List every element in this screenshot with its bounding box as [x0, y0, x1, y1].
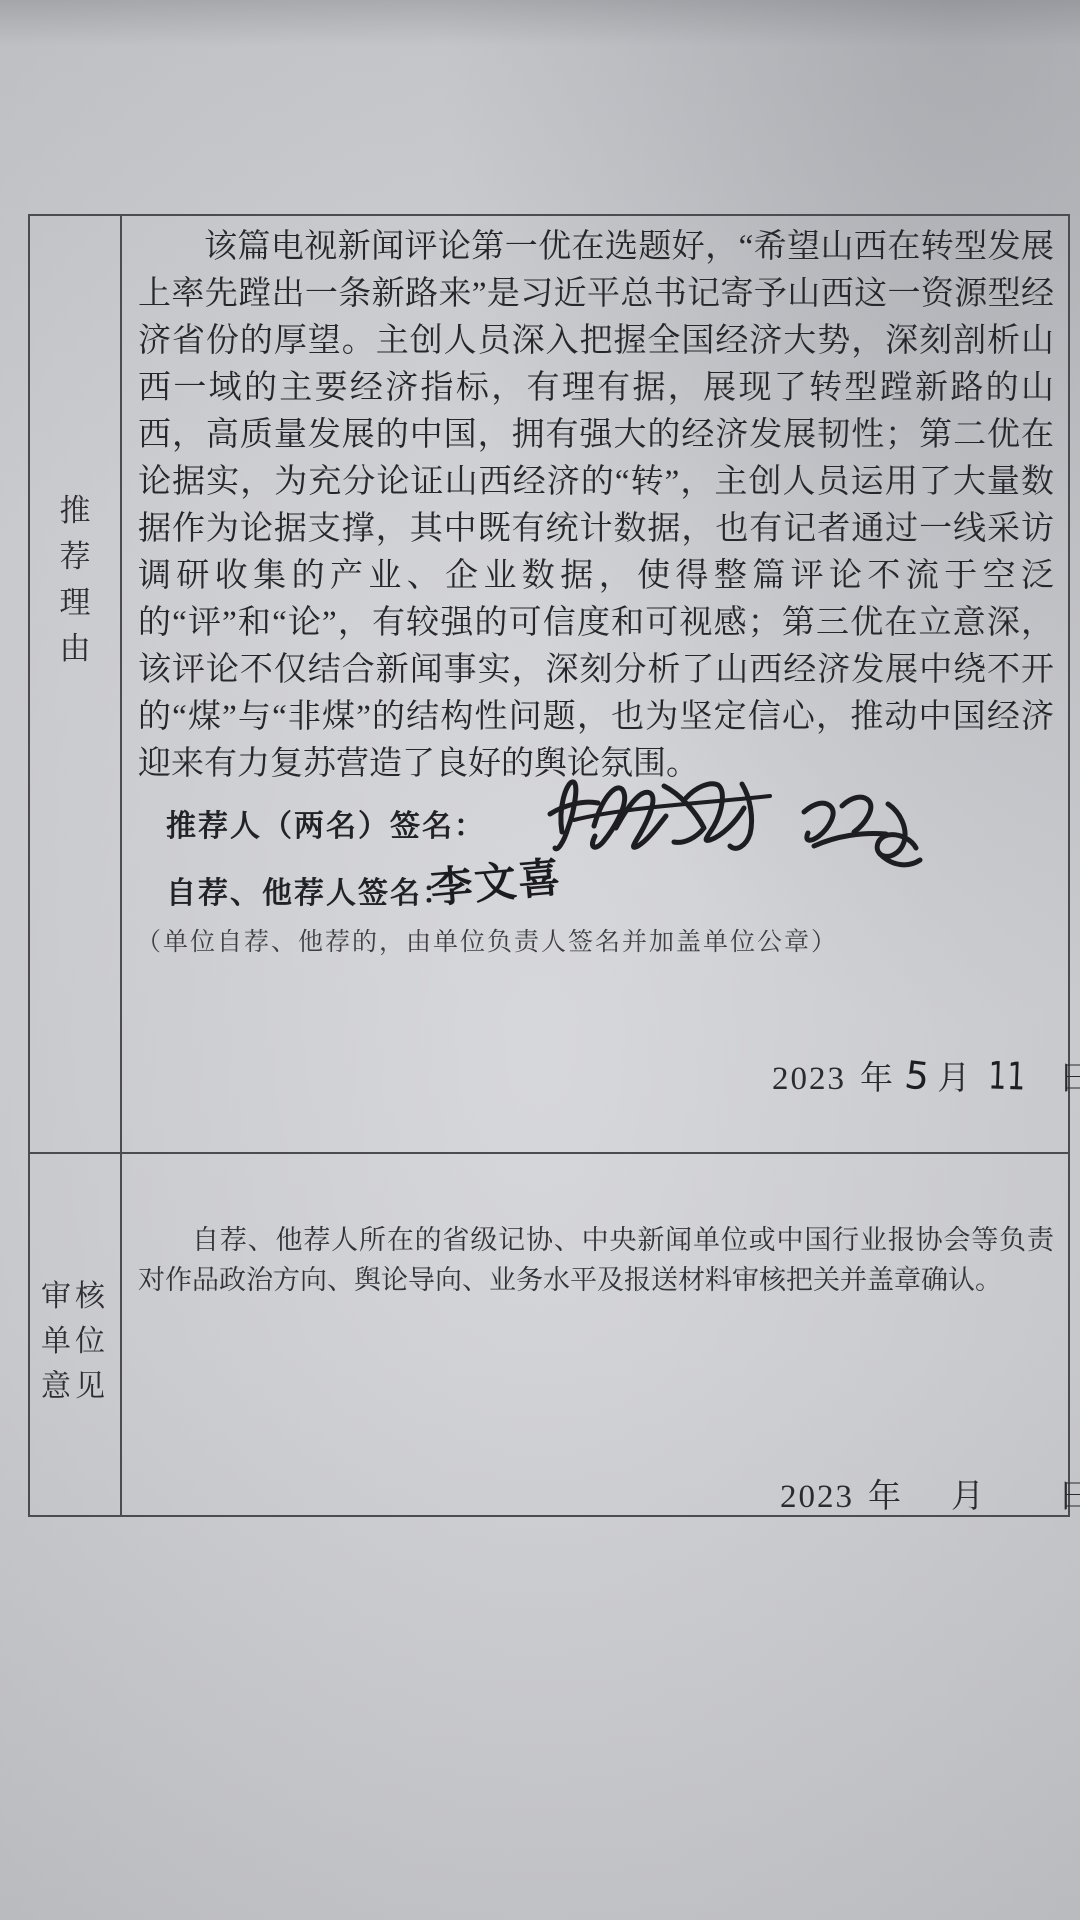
label-char: 荐	[30, 534, 120, 580]
seal-instruction-note: （单位自荐、他荐的，由单位负责人签名并加盖单位公章）	[136, 922, 838, 958]
date-day-unit: 日	[1058, 1479, 1080, 1515]
label-line: 审核	[30, 1274, 120, 1319]
handwritten-signature-1	[542, 766, 780, 874]
handwritten-day-value: 11	[988, 1053, 1027, 1098]
form-table: 推 荐 理 由 该篇电视新闻评论第一优在选题好，“希望山西在转型发展上率先蹚出一…	[28, 214, 1070, 1517]
review-instruction-text: 自荐、他荐人所在的省级记协、中央新闻单位或中国行业报协会等负责对作品政治方向、舆…	[122, 1154, 1068, 1300]
handwritten-signature-self: 李文喜	[428, 844, 565, 915]
label-char: 推	[30, 488, 120, 534]
label-line: 单位	[30, 1319, 120, 1364]
label-char: 由	[30, 626, 120, 672]
date-year-unit: 年	[860, 1061, 895, 1097]
recommendation-body-text: 该篇电视新闻评论第一优在选题好，“希望山西在转型发展上率先蹚出一条新路来”是习近…	[122, 216, 1068, 788]
handwritten-month-value: 5	[902, 1053, 933, 1100]
recommendation-date: 2023年5月11日	[772, 1052, 1080, 1099]
handwritten-signature-2	[790, 782, 928, 876]
date-year: 2023	[780, 1479, 854, 1515]
date-year: 2023	[772, 1061, 846, 1097]
recommendation-reason-cell: 该篇电视新闻评论第一优在选题好，“希望山西在转型发展上率先蹚出一条新路来”是习近…	[122, 216, 1068, 1152]
date-year-unit: 年	[868, 1479, 903, 1515]
review-unit-opinion-cell: 自荐、他荐人所在的省级记协、中央新闻单位或中国行业报协会等负责对作品政治方向、舆…	[122, 1154, 1068, 1513]
recommenders-signature-label: 推荐人（两名）签名：	[166, 801, 486, 845]
label-char: 理	[30, 580, 120, 626]
review-date: 2023年月日	[780, 1470, 1080, 1517]
date-month-unit: 月	[951, 1479, 986, 1515]
row-label-recommendation-reason: 推 荐 理 由	[30, 488, 120, 672]
row-label-review-unit-opinion: 审核 单位 意见	[30, 1274, 120, 1409]
self-recommender-signature-label: 自荐、他荐人签名：	[166, 868, 454, 912]
label-line: 意见	[30, 1364, 120, 1409]
date-day-unit: 日	[1059, 1061, 1080, 1097]
scanned-form-photo: 推 荐 理 由 该篇电视新闻评论第一优在选题好，“希望山西在转型发展上率先蹚出一…	[0, 0, 1080, 1920]
date-month-unit: 月	[937, 1061, 972, 1097]
